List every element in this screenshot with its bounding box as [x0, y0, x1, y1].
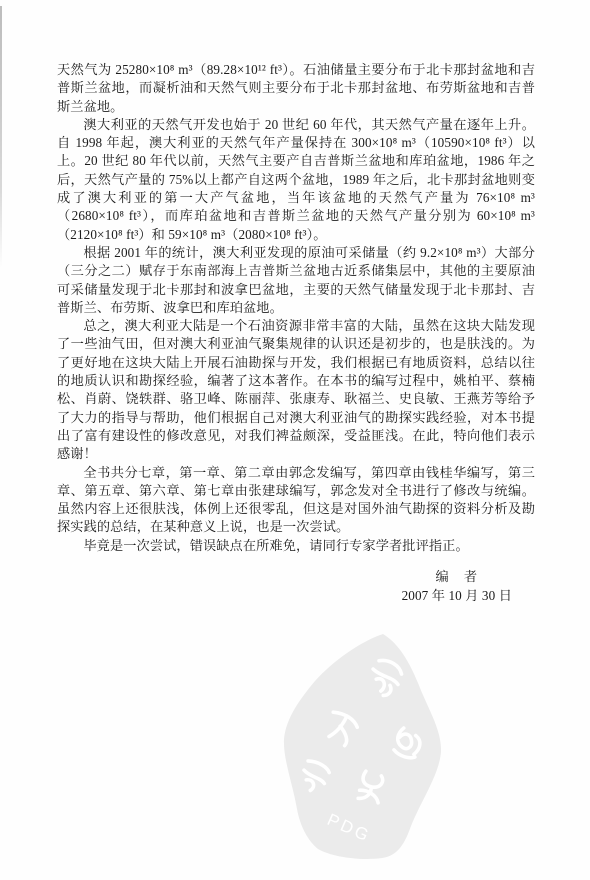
seal-glyph-2 — [323, 710, 360, 747]
paragraph-2001-statistics: 根据 2001 年的统计，澳大利亚发现的原油可采储量（约 9.2×10⁸ m³）… — [57, 244, 535, 317]
watermark-seal-graphic: PDG — [270, 623, 455, 868]
signature-date: 2007 年 10 月 30 日 — [402, 587, 512, 605]
seal-glyph-3 — [391, 727, 424, 761]
seal-glyph-4 — [298, 759, 331, 795]
seal-glyph-1 — [365, 657, 405, 699]
pdg-watermark-stamp: PDG — [270, 623, 455, 868]
paragraph-closing-remark: 毕竟是一次尝试，错误缺点在所难免，请同行专家学者批评指正。 — [57, 537, 535, 555]
paragraph-gas-development: 澳大利亚的天然气开发也始于 20 世纪 60 年代，其天然气产量在逐年上升。自 … — [57, 116, 535, 244]
stamp-body-shape — [284, 634, 441, 859]
author-signature: 编 者 — [402, 568, 512, 586]
book-page: 天然气为 25280×10⁸ m³（89.28×10¹² ft³）。石油储量主要… — [0, 0, 590, 880]
watermark-label: PDG — [324, 810, 374, 846]
seal-glyph-5 — [354, 769, 388, 806]
paragraph-chapter-credits: 全书共分七章，第一章、第二章由郭念发编写，第四章由钱桂华编写，第三章、第五章、第… — [57, 464, 535, 537]
signature-block: 编 者 2007 年 10 月 30 日 — [57, 568, 535, 606]
scan-edge-artifact — [0, 6, 2, 268]
preface-text-block: 天然气为 25280×10⁸ m³（89.28×10¹² ft³）。石油储量主要… — [57, 61, 535, 606]
paragraph-acknowledgements: 总之，澳大利亚大陆是一个石油资源非常丰富的大陆，虽然在这块大陆发现了一些油气田，… — [57, 317, 535, 463]
paragraph-reserves-continuation: 天然气为 25280×10⁸ m³（89.28×10¹² ft³）。石油储量主要… — [57, 61, 535, 116]
signature-inner: 编 者 2007 年 10 月 30 日 — [402, 568, 512, 606]
